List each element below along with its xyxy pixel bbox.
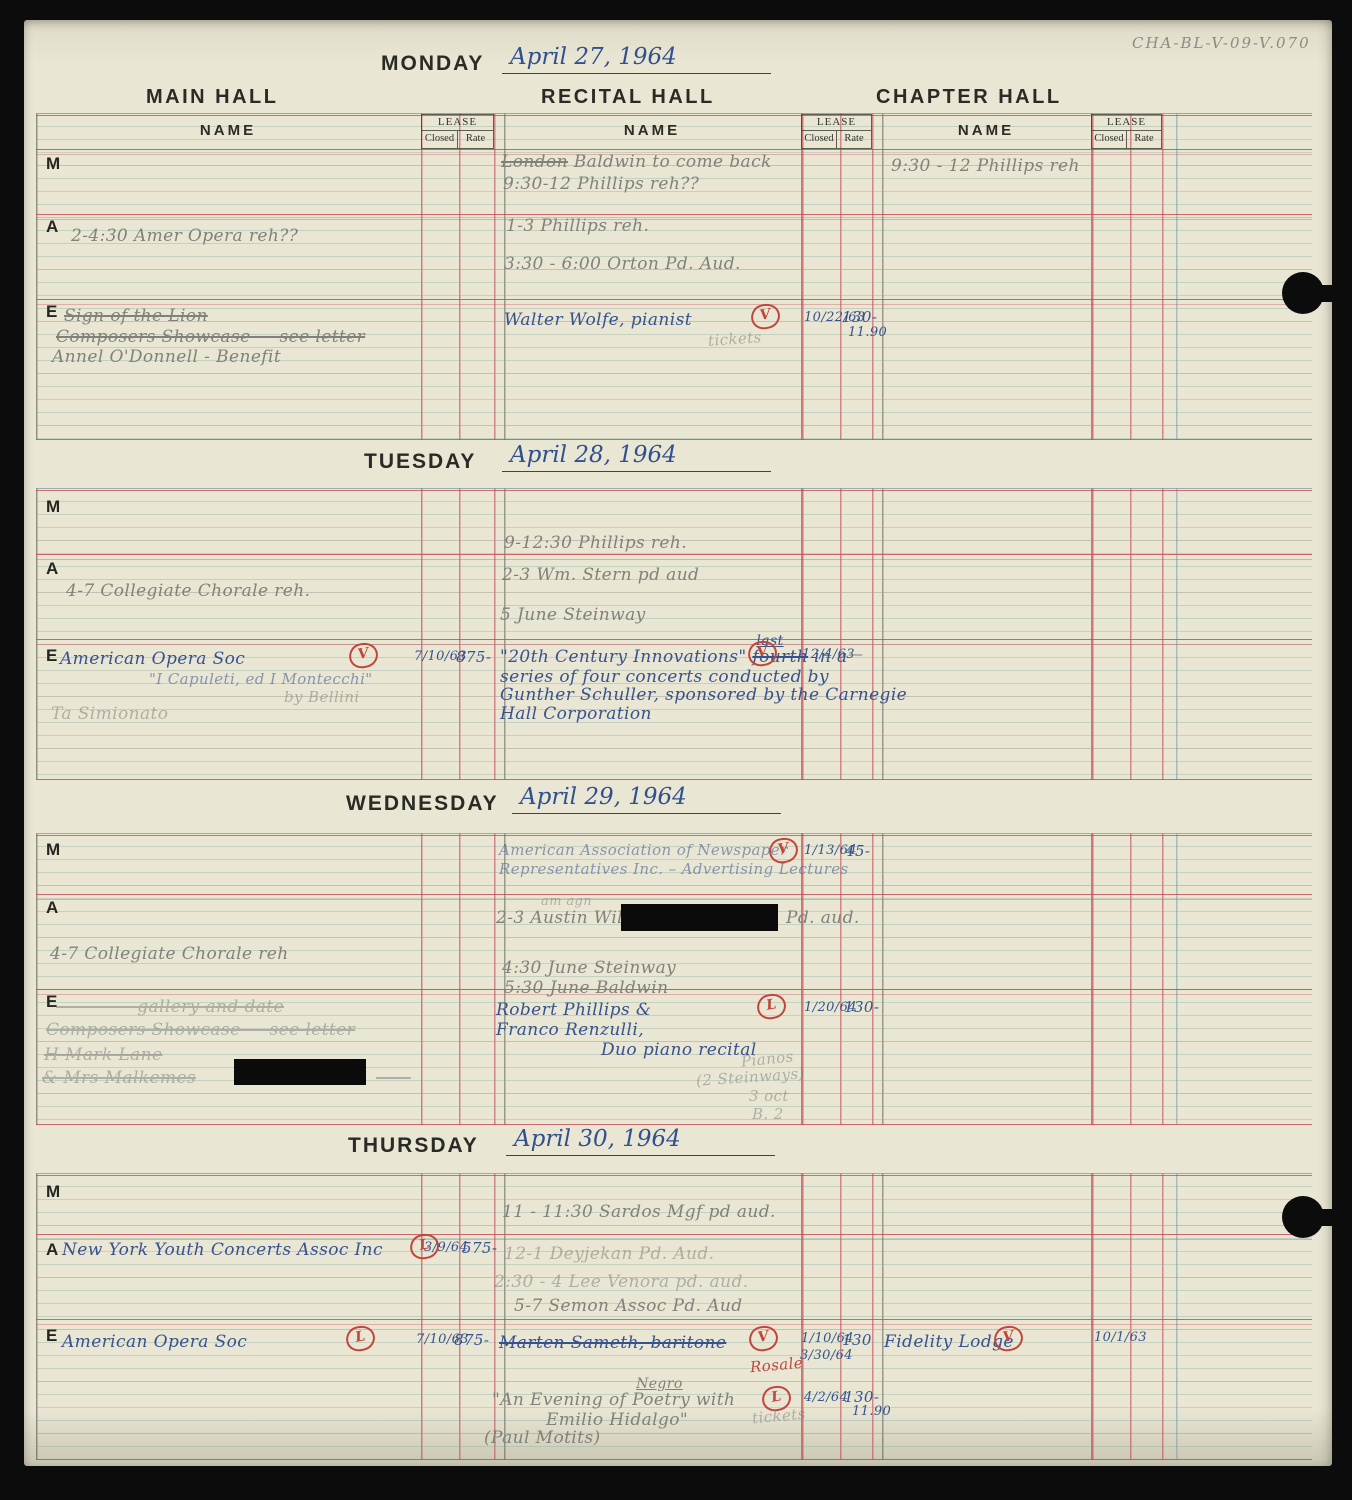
day-title-monday: MONDAY [381,52,484,76]
row-rule [36,554,1312,560]
entry-thursday-recital-evening-rosale-date: 3/30/64 [800,1348,853,1363]
entry-monday-chapter-morning: 9:30 - 12 Phillips reh [891,156,1080,176]
entry-tuesday-main-evening: American Opera Soc [60,649,245,669]
row-rule [36,214,1312,220]
day-date-thursday: April 30, 1964 [506,1126,775,1156]
punch-hole [1282,272,1352,316]
day-date-wednesday: April 29, 1964 [512,784,781,814]
entry-monday-recital-afternoon-2: 3:30 - 6:00 Orton Pd. Aud. [504,254,741,274]
lease-rate-value: 45- [845,842,870,860]
closed-label: Closed [802,131,837,148]
lease-closed-value: 10/1/63 [1094,1330,1147,1345]
row-label-morning: M [46,497,60,517]
archive-reference: CHA-BL-V-09-V.070 [1132,34,1311,52]
day-title-thursday: THURSDAY [348,1134,479,1158]
entry-thursday-recital-evening-3: Emilio Hidalgo" [546,1410,688,1430]
entry-thursday-recital-afternoon-3: 5-7 Semon Assoc Pd. Aud [514,1296,743,1316]
redaction-box [621,904,778,931]
column-header-name: NAME [958,122,1014,139]
check-mark: V [749,302,782,332]
lease-rate-value: 130- [844,998,879,1016]
booking-table-wednesday: M A E American Association of Newspaper … [36,833,1312,1125]
lease-header-chapter: LEASE ClosedRate [1091,114,1162,149]
check-mark: L [755,992,788,1022]
row-rule [36,894,1312,900]
entry-thursday-main-evening: American Opera Soc [62,1332,247,1352]
lease-label: LEASE [422,115,493,131]
entry-thursday-recital-evening-rosale: Rosale [749,1354,803,1377]
entry-wednesday-recital-morning-1: American Association of Newspaper [499,841,788,859]
entry-wednesday-main-evening-1: —— —— gallery and date [56,997,284,1017]
entry-wednesday-recital-evening-pencil-2: (2 Steinways) [696,1064,806,1090]
lease-closed-value: 4/2/64 [804,1390,848,1405]
entry-wednesday-main-evening-4b: —— [376,1068,411,1088]
ledger-page: CHA-BL-V-09-V.070 MONDAY April 27, 1964 … [24,20,1332,1466]
entry-monday-main-evening-2: Composers Showcase — see letter [56,327,365,347]
entry-wednesday-recital-evening-1: Robert Phillips & [496,1000,651,1020]
lease-rate-value: 130 [842,1331,872,1349]
lease-label: LEASE [1092,115,1161,131]
entry-monday-recital-evening-note: tickets [707,328,762,350]
lease-header-recital: LEASE ClosedRate [801,114,872,149]
rate-label: Rate [1127,131,1161,148]
lease-rate-value: 575- [462,1239,497,1257]
row-label-evening: E [46,1326,57,1346]
row-rule [36,989,1312,995]
lease-rate-value: 875- [454,1331,489,1349]
entry-wednesday-recital-afternoon-1b: Pd. aud. [786,908,860,928]
entry-wednesday-recital-afternoon-3: 5:30 June Baldwin [504,978,668,998]
entry-thursday-recital-afternoon-2: 2:30 - 4 Lee Venora pd. aud. [494,1272,749,1292]
closed-label: Closed [1092,131,1127,148]
entry-thursday-main-afternoon: New York Youth Concerts Assoc Inc [62,1240,383,1260]
row-label-afternoon: A [46,898,58,918]
entry-tuesday-main-evening-3: by Bellini [284,688,360,706]
booking-table-thursday: M A E 11 - 11:30 Sardos Mgf pd aud. New … [36,1173,1312,1460]
lease-rate-value: 875- [456,648,491,666]
entry-wednesday-recital-evening-pencil-3: 3 oct [749,1087,789,1105]
day-title-wednesday: WEDNESDAY [346,792,499,816]
entry-monday-recital-morning-2: 9:30-12 Phillips reh?? [503,174,699,194]
scan-notch [0,1236,15,1266]
entry-wednesday-main-afternoon: 4-7 Collegiate Chorale reh [50,944,289,964]
day-date-monday: April 27, 1964 [502,44,771,74]
entry-monday-main-afternoon: 2-4:30 Amer Opera reh?? [71,226,298,246]
lease-rate-value-2: 11.90 [848,325,887,340]
entry-thursday-recital-evening-4: (Paul Motits) [484,1428,601,1448]
entry-tuesday-recital-morning: 9-12:30 Phillips reh. [504,533,687,553]
entry-wednesday-main-evening-3: H Mark Lane [44,1045,162,1065]
check-mark: L [344,1324,377,1354]
entry-monday-recital-afternoon-1: 1-3 Phillips reh. [506,216,649,236]
entry-tuesday-recital-afternoon-1: 2-3 Wm. Stern pd aud [502,565,699,585]
entry-monday-main-evening-1: Sign of the Lion [64,306,208,326]
entry-wednesday-recital-evening-2: Franco Renzulli, [496,1020,644,1040]
entry-monday-recital-evening: Walter Wolfe, pianist [504,310,692,330]
entry-wednesday-recital-morning-2: Representatives Inc. – Advertising Lectu… [499,860,849,878]
entry-tuesday-recital-evening-2: series of four concerts conducted by [500,667,829,687]
lease-rate-value: 130- [842,308,877,326]
entry-tuesday-main-evening-4: Ta Simionato [51,704,168,724]
entry-wednesday-recital-afternoon-insert: am agn [541,894,592,909]
entry-tuesday-recital-evening-3: Gunther Schuller, sponsored by the Carne… [500,685,907,705]
check-mark: V [747,1324,780,1354]
entry-monday-main-evening-3: Annel O'Donnell - Benefit [52,347,281,367]
entry-thursday-recital-evening-note: tickets [751,1405,806,1428]
row-rule [36,1319,1312,1325]
entry-tuesday-recital-afternoon-2: 5 June Steinway [500,605,646,625]
check-mark: V [347,641,380,671]
entry-tuesday-main-afternoon: 4-7 Collegiate Chorale reh. [66,581,310,601]
row-label-afternoon: A [46,559,58,579]
entry-wednesday-main-evening-4a: & Mrs Malkemes [42,1068,196,1088]
row-rule [36,299,1312,305]
hall-title-chapter: CHAPTER HALL [876,86,1062,109]
entry-wednesday-recital-afternoon-2: 4:30 June Steinway [502,958,676,978]
lease-rate-value-2: 11.90 [852,1404,891,1419]
entry-thursday-recital-evening-1: Marten Sameth, baritone [499,1333,726,1353]
entry-wednesday-recital-evening-3: Duo piano recital [601,1040,757,1060]
row-label-evening: E [46,646,57,666]
row-rule [36,639,1312,645]
row-label-morning: M [46,840,60,860]
entry-wednesday-main-evening-2: Composers Showcase — see letter [46,1020,355,1040]
punch-hole [1282,1196,1352,1240]
hall-title-main: MAIN HALL [146,86,278,109]
entry-thursday-recital-morning: 11 - 11:30 Sardos Mgf pd aud. [502,1202,776,1222]
rate-label: Rate [837,131,871,148]
closed-label: Closed [422,131,458,148]
row-label-morning: M [46,154,60,174]
redaction-box [234,1059,366,1085]
row-label-evening: E [46,302,57,322]
entry-monday-recital-morning-1: London Baldwin to come back [501,152,772,172]
lease-label: LEASE [802,115,871,131]
row-label-afternoon: A [46,1240,58,1260]
hall-title-recital: RECITAL HALL [541,86,715,109]
day-date-tuesday: April 28, 1964 [502,442,771,472]
lease-rate-value: — [848,645,863,663]
column-header-name: NAME [624,122,680,139]
entry-tuesday-main-evening-2: "I Capuleti, ed I Montecchi" [149,670,373,688]
entry-tuesday-recital-evening-1: "20th Century Innovations" fourthlast in… [500,647,848,667]
entry-thursday-recital-evening-2: "An Evening of NegroPoetry with [492,1390,735,1410]
row-label-morning: M [46,1182,60,1202]
entry-thursday-recital-afternoon-1: 12-1 Deyjekan Pd. Aud. [504,1244,714,1264]
entry-wednesday-recital-evening-pencil-4: B. 2 [752,1105,784,1123]
booking-table-monday: NAME NAME NAME LEASE ClosedRate LEASE Cl… [36,113,1312,440]
lease-closed-value: 12/4/63 [802,647,855,662]
entry-tuesday-recital-evening-4: Hall Corporation [500,704,652,724]
lease-header-main: LEASE ClosedRate [421,114,494,149]
rate-label: Rate [458,131,493,148]
row-label-afternoon: A [46,217,58,237]
day-title-tuesday: TUESDAY [364,450,476,474]
column-header-name: NAME [200,122,256,139]
booking-table-tuesday: M A E 9-12:30 Phillips reh. 4-7 Collegia… [36,488,1312,780]
